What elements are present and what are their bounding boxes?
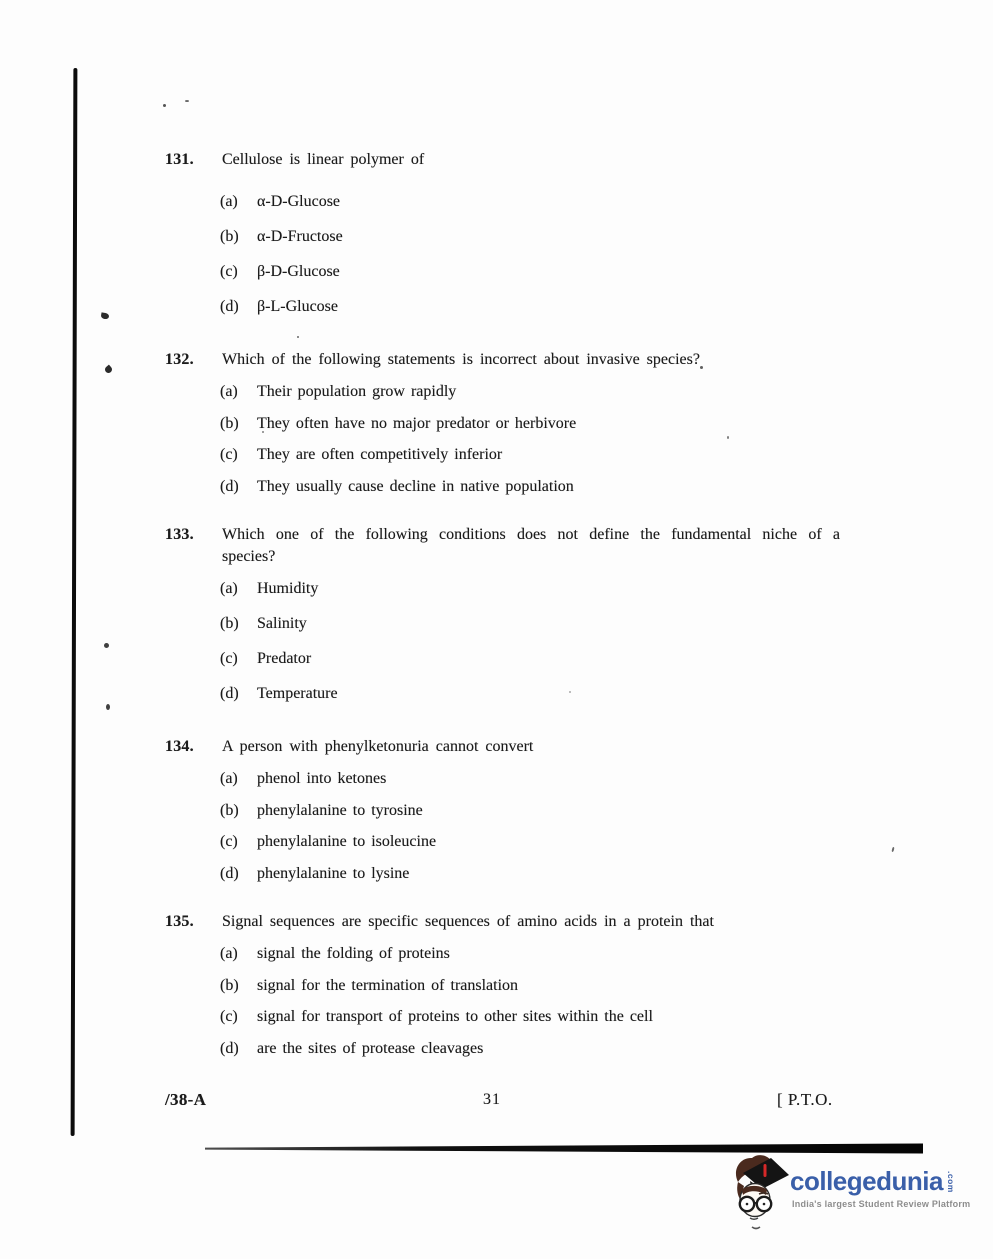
option-text: α-D-Glucose [257,191,340,213]
option-text: Salinity [257,613,307,635]
option-label: (c) [220,261,257,283]
question-135: 135. Signal sequences are specific seque… [165,911,865,1060]
option-label: (a) [220,381,257,403]
option-label: (a) [220,578,257,600]
option-row: (d) β-L-Glucose [220,296,865,318]
options-list: (a) phenol into ketones (b) phenylalanin… [165,768,865,885]
question-head: 135. Signal sequences are specific seque… [165,911,865,933]
option-text: α-D-Fructose [257,226,343,248]
collegedunia-tagline: India's largest Student Review Platform [792,1199,970,1209]
option-text: They often have no major predator or her… [257,413,576,435]
option-row: (a) Humidity [220,578,865,600]
scan-speck [163,104,166,107]
options-list: (a) Humidity (b) Salinity (c) Predator (… [165,578,865,705]
question-132: 132. Which of the following statements i… [165,349,865,498]
collegedunia-logo: collegedunia .com India's largest Studen… [730,1150,970,1245]
collegedunia-brand-text: collegedunia [790,1166,943,1197]
option-label: (d) [220,863,257,885]
option-label: (d) [220,1038,257,1060]
question-number: 132. [165,349,222,371]
option-row: (b) signal for the termination of transl… [220,975,865,997]
scan-speck [185,100,189,102]
option-text: phenol into ketones [257,768,386,790]
option-row: (a) α-D-Glucose [220,191,865,213]
scan-speck [106,704,110,710]
option-text: Predator [257,648,311,670]
option-label: (b) [220,975,257,997]
option-row: (c) β-D-Glucose [220,261,865,283]
exam-page: 131. Cellulose is linear polymer of (a) … [0,0,993,1259]
option-text: signal the folding of proteins [257,943,450,965]
question-head: 131. Cellulose is linear polymer of [165,149,865,171]
option-label: (b) [220,800,257,822]
options-list: (a) α-D-Glucose (b) α-D-Fructose (c) β-D… [165,191,865,318]
question-text: Which of the following statements is inc… [222,349,700,371]
option-text: phenylalanine to isoleucine [257,831,436,853]
options-list: (a) signal the folding of proteins (b) s… [165,943,865,1060]
pto-label: [ P.T.O. [777,1090,833,1110]
option-row: (a) Their population grow rapidly [220,381,865,403]
paper-code: /38-A [165,1090,206,1110]
question-text: A person with phenylketonuria cannot con… [222,736,533,758]
scan-speck [101,312,110,319]
option-label: (c) [220,1006,257,1028]
option-text: phenylalanine to lysine [257,863,409,885]
question-number: 131. [165,149,222,171]
question-text: Which one of the following conditions do… [222,524,840,568]
option-text: signal for transport of proteins to othe… [257,1006,653,1028]
scan-speck [891,847,894,852]
page-number: 31 [483,1091,501,1109]
option-label: (d) [220,476,257,498]
option-row: (a) signal the folding of proteins [220,943,865,965]
options-list: (a) Their population grow rapidly (b) Th… [165,381,865,498]
option-label: (a) [220,943,257,965]
scan-speck [297,336,299,338]
option-label: (a) [220,191,257,213]
question-133: 133. Which one of the following conditio… [165,524,865,705]
option-row: (a) phenol into ketones [220,768,865,790]
option-row: (c) Predator [220,648,865,670]
question-134: 134. A person with phenylketonuria canno… [165,736,865,885]
question-head: 134. A person with phenylketonuria canno… [165,736,865,758]
question-head: 133. Which one of the following conditio… [165,524,865,568]
option-text: Temperature [257,683,338,705]
scan-speck [104,365,114,375]
option-row: (b) Salinity [220,613,865,635]
question-131: 131. Cellulose is linear polymer of (a) … [165,149,865,318]
left-margin-line [71,68,78,1136]
option-label: (b) [220,613,257,635]
option-row: (c) They are often competitively inferio… [220,444,865,466]
option-label: (b) [220,226,257,248]
option-text: β-D-Glucose [257,261,340,283]
option-row: (c) phenylalanine to isoleucine [220,831,865,853]
option-row: (d) They usually cause decline in native… [220,476,865,498]
question-number: 135. [165,911,222,933]
question-number: 133. [165,524,222,546]
option-text: signal for the termination of translatio… [257,975,518,997]
option-label: (a) [220,768,257,790]
option-row: (d) Temperature [220,683,865,705]
option-label: (b) [220,413,257,435]
collegedunia-mascot-icon [730,1152,792,1230]
question-text: Signal sequences are specific sequences … [222,911,714,933]
option-text: phenylalanine to tyrosine [257,800,423,822]
option-row: (b) α-D-Fructose [220,226,865,248]
option-text: Their population grow rapidly [257,381,456,403]
option-row: (b) They often have no major predator or… [220,413,865,435]
option-row: (d) are the sites of protease cleavages [220,1038,865,1060]
question-head: 132. Which of the following statements i… [165,349,865,371]
collegedunia-domain-suffix: .com [946,1171,956,1193]
question-text: Cellulose is linear polymer of [222,149,424,171]
option-text: β-L-Glucose [257,296,338,318]
option-label: (d) [220,683,257,705]
option-text: They are often competitively inferior [257,444,502,466]
option-label: (c) [220,648,257,670]
option-row: (c) signal for transport of proteins to … [220,1006,865,1028]
scan-speck [104,643,109,648]
option-text: Humidity [257,578,318,600]
option-row: (b) phenylalanine to tyrosine [220,800,865,822]
option-label: (c) [220,444,257,466]
option-text: are the sites of protease cleavages [257,1038,483,1060]
option-label: (d) [220,296,257,318]
option-text: They usually cause decline in native pop… [257,476,574,498]
question-number: 134. [165,736,222,758]
option-label: (c) [220,831,257,853]
option-row: (d) phenylalanine to lysine [220,863,865,885]
